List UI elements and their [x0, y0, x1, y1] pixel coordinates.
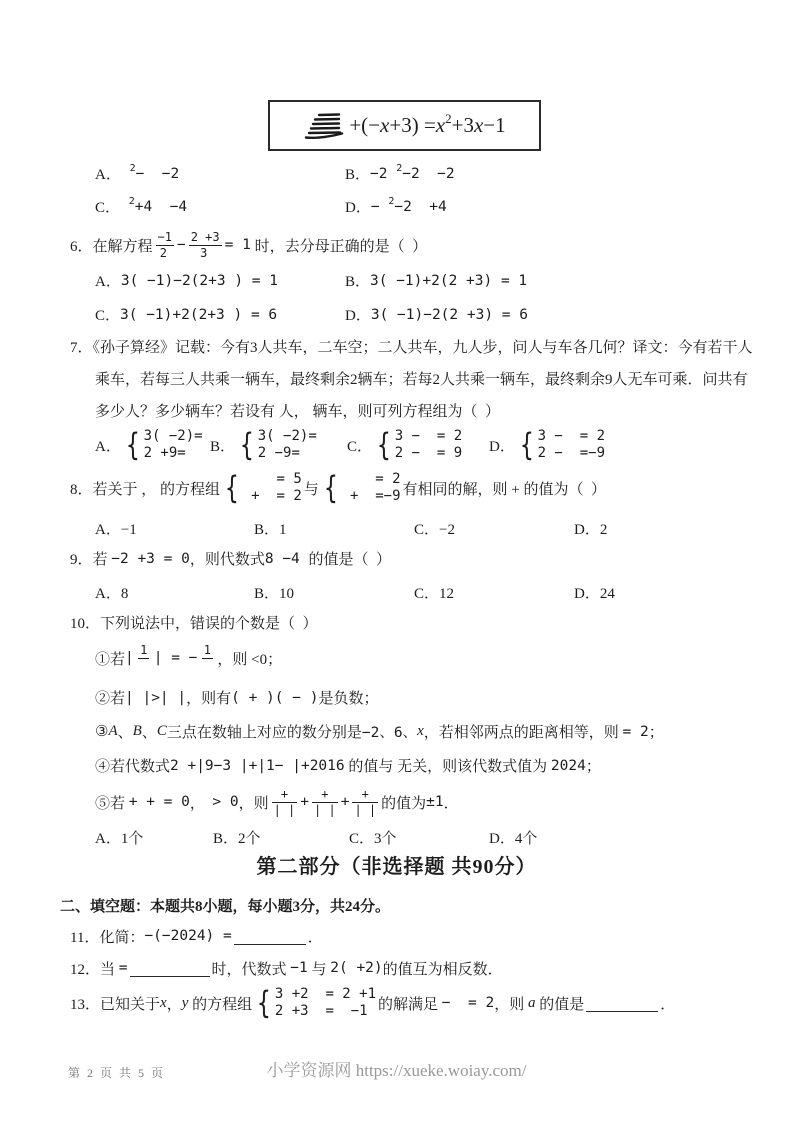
boxed-equation: +(−x+3) = x2 +3x −1: [349, 113, 505, 138]
part2-section-title: 第二部分（非选择题 共90分）: [0, 850, 793, 879]
q10-statement-2: ②若| |>| |，则有( + )( − )是负数；: [95, 687, 378, 708]
question-7-line1: 7．《孙子算经》记载：今有3人共车，二车空；二人共车，九人步，问人与车各几何？译…: [70, 336, 753, 357]
formula-box: +(−x+3) = x2 +3x −1: [268, 100, 541, 151]
q7-option-a: A．{3( −2)=2 +9=: [95, 426, 205, 464]
question-9-stem: 9．若 −2 +3 = 0，则代数式8 −4 的值是（ ）: [70, 548, 391, 569]
ink-scribble-icon: [303, 112, 349, 139]
q6-option-d: D．3( −1)−2(2 +3) = 6: [345, 304, 528, 325]
question-12-stem: 12．当 =时，代数式 −1 与 2( +2)的值互为相反数．: [70, 956, 503, 980]
q10-statement-1: ①若|1 | = −1 ，则 <0；: [95, 640, 282, 676]
q5-option-a: A． 2− −2: [95, 163, 179, 184]
q10-option-b: B．2个: [213, 827, 261, 848]
exam-page: +(−x+3) = x2 +3x −1 A． 2− −2 B．−2 2−2 −2…: [0, 0, 793, 1122]
q8-option-c: C．−2: [414, 518, 455, 539]
question-7-line3: 多少人？多少辆车？若设有 人， 辆车，则可列方程组为（ ）: [95, 400, 500, 421]
q9-option-d: D．24: [574, 582, 615, 603]
q5-option-c: C． 2+4 −4: [95, 196, 187, 217]
q10-statement-4: ④若代数式2 +|9−3 |+|1− |+2016 的值与 无关，则该代数式值为…: [95, 755, 601, 776]
q6-option-c: C．3( −1)+2(2+3 ) = 6: [95, 304, 277, 325]
question-7-line2: 乘车，若每三人共乘一辆车，最终剩余2辆车；若每2人共乘一辆车，最终剩余9人无车可…: [95, 368, 748, 389]
question-6-stem: 6．在解方程−12−2 +33= 1 时，去分母正确的是（ ）: [70, 226, 427, 264]
q10-statement-3: ③A、B、C三点在数轴上对应的数分别是−2、6、x，若相邻两点的距离相等，则 =…: [95, 721, 664, 742]
footer-source-link[interactable]: 小学资源网 https://xueke.woiay.com/: [0, 1056, 793, 1081]
q7-option-c: C．{3 − = 22 − = 9: [347, 426, 464, 464]
q6-option-a: A．3( −1)−2(2+3 ) = 1: [95, 270, 278, 291]
q9-option-c: C．12: [414, 582, 454, 603]
q8-option-d: D．2: [574, 518, 607, 539]
question-10-stem: 10．下列说法中，错误的个数是（ ）: [70, 612, 318, 633]
q7-option-b: B．{3( −2)=2 −9=: [210, 426, 319, 464]
q6-option-b: B．3( −1)+2(2 +3) = 1: [345, 270, 527, 291]
q5-option-d: D．− 2−2 +4: [345, 196, 447, 217]
q10-option-d: D．4个: [489, 827, 537, 848]
question-13-stem: 13．已知关于x，y 的方程组{3 +2 = 2 +12 +3 = −1的解满足…: [70, 982, 675, 1024]
q10-statement-5: ⑤若 + + = 0， > 0，则 + | |+ + | |+ + | |的值为…: [95, 783, 459, 821]
q10-option-a: A．1个: [95, 827, 143, 848]
q8-option-b: B．1: [254, 518, 287, 539]
fill-in-section-header: 二、填空题：本题共8小题，每小题3分，共24分。: [60, 895, 390, 916]
q9-option-b: B．10: [254, 582, 294, 603]
q8-option-a: A．−1: [95, 518, 137, 539]
q10-option-c: C．3个: [349, 827, 397, 848]
q9-option-a: A．8: [95, 582, 128, 603]
question-11-stem: 11．化简：−(−2024) =．: [70, 924, 323, 948]
q5-option-b: B．−2 2−2 −2: [345, 163, 455, 184]
q7-option-d: D．{3 − = 22 − =−9: [489, 426, 607, 464]
question-8-stem: 8．若关于 ， 的方程组{ = 5 + = 2与{ = 2 + =−9有相同的解…: [70, 466, 606, 510]
